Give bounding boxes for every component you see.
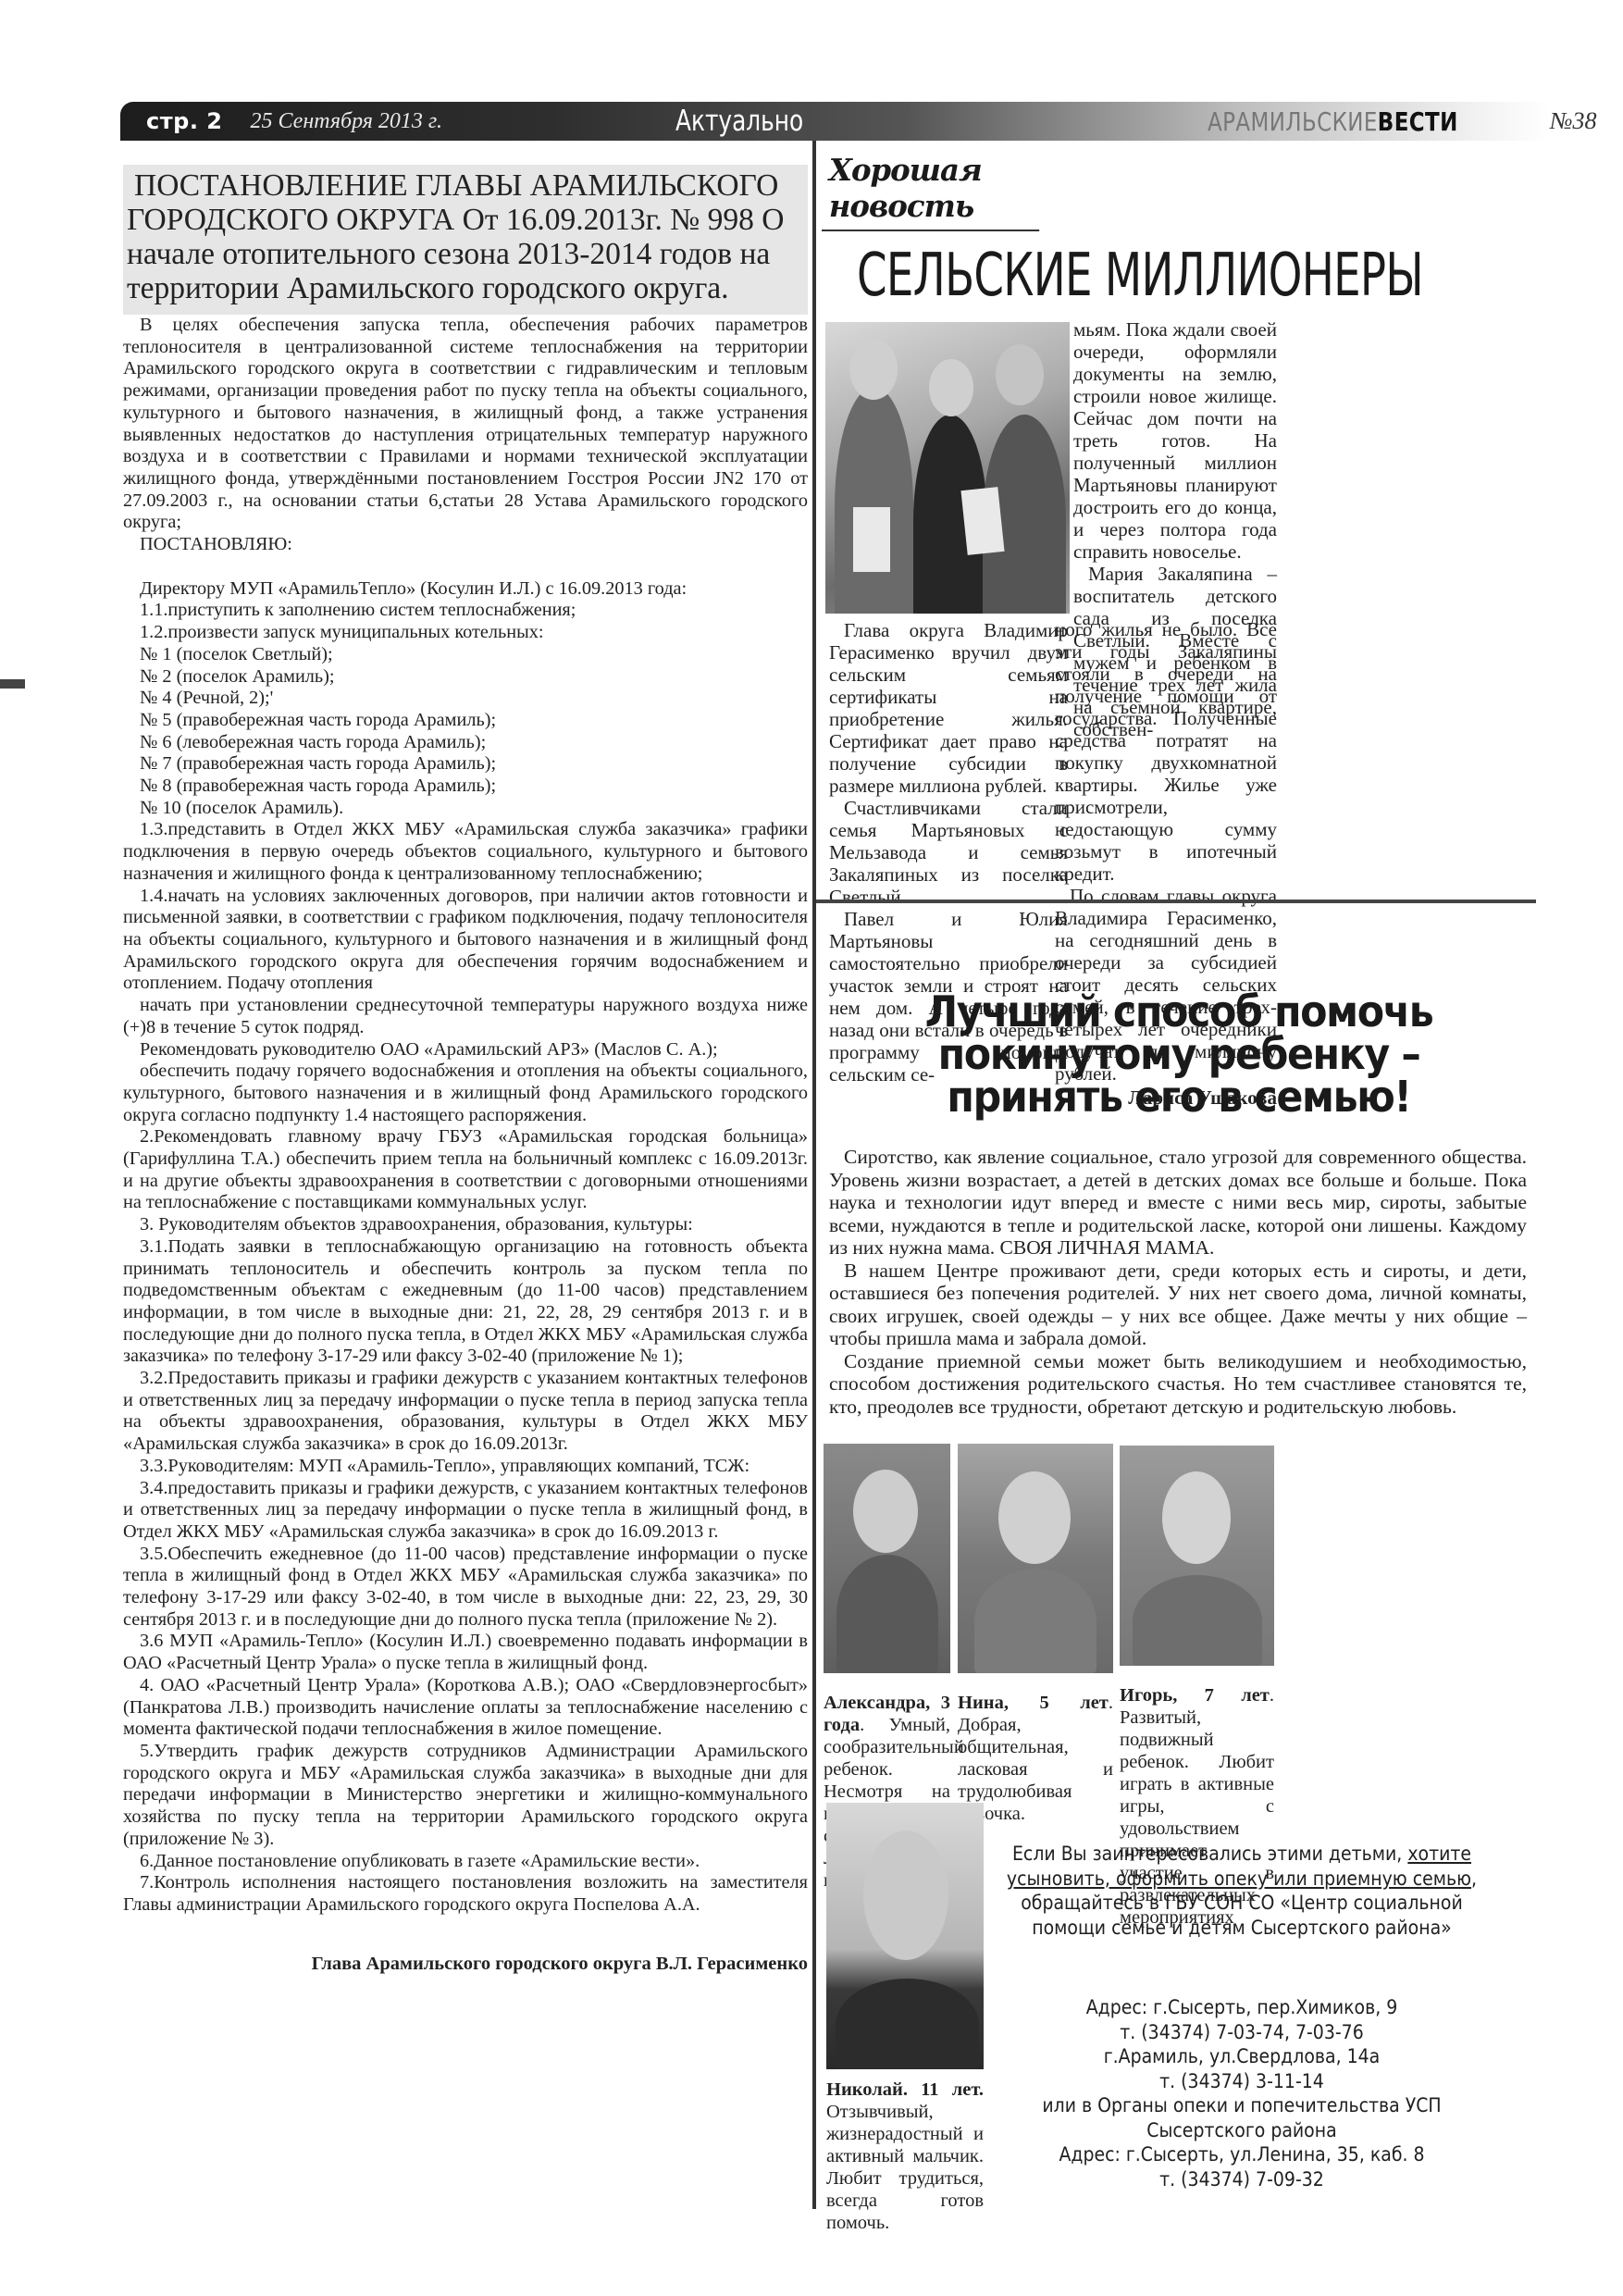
decree-paragraph: 1.1.приступить к заполнению систем тепло… — [123, 600, 808, 622]
column-divider — [812, 141, 816, 2209]
award-photo — [825, 322, 1070, 614]
child-face — [1162, 1471, 1231, 1564]
certificate — [853, 507, 890, 572]
person-face — [996, 344, 1044, 405]
decree-paragraph: № 5 (правобережная часть города Арамиль)… — [123, 710, 808, 732]
child-text: Отзывчивый, жизнерадостный и активный ма… — [826, 2102, 984, 2233]
section-title: Актуально — [675, 105, 803, 138]
decree-paragraph: № 2 (поселок Арамиль); — [123, 666, 808, 689]
person-figure — [835, 387, 913, 614]
decree-paragraph: 3. Руководителям объектов здравоохранени… — [123, 1214, 808, 1236]
millionaires-article: Глава округа Владимир Герасименко вручил… — [822, 316, 1536, 937]
decree-paragraph: 1.4.начать на условиях заключенных догов… — [123, 886, 808, 996]
child-photo — [1120, 1446, 1274, 1666]
issue-number: №38 — [1550, 107, 1597, 135]
child-card: Николай. 11 лет. Отзывчивый, жизнерадост… — [826, 1803, 984, 2234]
decree-paragraph: 3.4.предоставить приказы и графики дежур… — [123, 1478, 808, 1544]
contact-info: Если Вы заинтересовались этими детьми, х… — [992, 1842, 1492, 2191]
article-paragraph: ного жилья не было. Все эти годы Закаляп… — [1055, 618, 1277, 885]
article-paragraph: Счастливчиками стали семья Мартьяновых с… — [829, 797, 1068, 908]
decree-paragraph: 3.2.Предоставить приказы и графики дежур… — [123, 1368, 808, 1456]
child-name: Игорь, 7 лет — [1120, 1685, 1270, 1706]
adoption-article: Сиротство, как явление социальное, стало… — [822, 1146, 1536, 1418]
certificate — [960, 487, 1004, 555]
decree-paragraph: 2.Рекомендовать главному врачу ГБУЗ «Ара… — [123, 1126, 808, 1214]
child-face — [853, 1470, 918, 1553]
caption-text: Глава округа Владимир Герасименко вручил… — [829, 619, 1068, 797]
decree-paragraph: 3.6 МУП «Арамиль-Тепло» (Косулин И.Л.) с… — [123, 1631, 808, 1674]
child-name: Николай. 11 лет. — [826, 2079, 984, 2100]
decree-paragraph: № 4 (Речной, 2);' — [123, 688, 808, 710]
decree-paragraph: 3.1.Подать заявки в теплоснабжающую орга… — [123, 1236, 808, 1368]
right-column: Хорошая новость СЕЛЬСКИЕ МИЛЛИОНЕРЫ Глав… — [822, 148, 1536, 1851]
section-divider — [816, 900, 1536, 903]
child-name: Нина, 5 лет — [958, 1693, 1109, 1713]
decree-paragraph: 7.Контроль исполнения настоящего постано… — [123, 1872, 808, 1916]
child-description: Николай. 11 лет. Отзывчивый, жизнерадост… — [826, 2079, 984, 2234]
address-line: Адрес: г.Сысерть, пер.Химиков, 9 — [992, 1995, 1492, 2020]
child-photo — [824, 1444, 950, 1673]
decree-body: Директору МУП «АрамильТепло» (Косулин И.… — [123, 578, 808, 1917]
child-face — [863, 1831, 948, 1960]
brand-dark: ВЕСТИ — [1378, 106, 1458, 137]
article-paragraph: Сиротство, как явление социальное, стало… — [829, 1146, 1527, 1260]
person-face — [849, 339, 898, 400]
decree-intro: В целях обеспечения запуска тепла, обесп… — [123, 315, 808, 534]
brand-light: АРАМИЛЬСКИЕ — [1208, 106, 1378, 137]
child-face — [998, 1471, 1071, 1564]
decree-paragraph: обеспечить подачу горячего водоснабжения… — [123, 1061, 808, 1126]
contact-addresses: Адрес: г.Сысерть, пер.Химиков, 9 т. (343… — [992, 1995, 1492, 2191]
decree-paragraph: 6.Данное постановление опубликовать в га… — [123, 1851, 808, 1873]
children-gallery: Александра, 3 года. Умный, сообразительн… — [822, 1444, 1536, 1851]
decree-paragraph: Директору МУП «АрамильТепло» (Косулин И.… — [123, 578, 808, 601]
decree-paragraph: начать при установлении среднесуточной т… — [123, 995, 808, 1038]
phone-line: т. (34374) 7-09-32 — [992, 2167, 1492, 2192]
decree-paragraph: № 8 (правобережная часть города Арамиль)… — [123, 776, 808, 798]
rubric-text: Хорошая новость — [829, 152, 1039, 224]
adoption-headline: Лучший способ помочь покинутому ребенку … — [822, 990, 1536, 1118]
child-photo — [958, 1444, 1113, 1673]
article-headline: СЕЛЬСКИЕ МИЛЛИОНЕРЫ — [857, 242, 1353, 309]
decree-paragraph: № 10 (поселок Арамиль). — [123, 798, 808, 820]
article-paragraph: В нашем Центре проживают дети, среди кот… — [829, 1260, 1527, 1350]
address-line: или в Органы опеки и попечительства УСП … — [992, 2093, 1492, 2142]
decree-paragraph: 3.5.Обеспечить ежедневное (до 11-00 часо… — [123, 1544, 808, 1632]
child-body — [1133, 1575, 1262, 1666]
person-face — [929, 359, 973, 416]
page-header: стр. 2 25 Сентября 2013 г. Актуально АРА… — [120, 102, 1550, 141]
headline-line: Лучший способ помочь — [847, 990, 1511, 1033]
phone-line: т. (34374) 7-03-74, 7-03-76 — [992, 2020, 1492, 2045]
article-paragraph: Создание приемной семьи может быть велик… — [829, 1350, 1527, 1419]
child-body — [974, 1569, 1096, 1673]
decree-paragraph: Рекомендовать руководителю ОАО «Арамильс… — [123, 1039, 808, 1061]
decree-paragraph: № 6 (левобережная часть города Арамиль); — [123, 732, 808, 754]
decree-article: ПОСТАНОВЛЕНИЕ ГЛАВЫ АРАМИЛЬСКОГО ГОРОДСК… — [123, 165, 808, 1975]
decree-paragraph: 5.Утвердить график дежурств сотрудников … — [123, 1741, 808, 1851]
page-number: стр. 2 — [146, 108, 223, 134]
child-card: Нина, 5 лет. Добрая, общительная, ласков… — [958, 1444, 1113, 1825]
decree-paragraph: № 7 (правобережная часть города Арамиль)… — [123, 753, 808, 776]
crop-mark — [0, 679, 25, 689]
decree-title-line: начале отопительного сезона 2013-2014 го… — [127, 237, 804, 271]
headline-line: принять его в семью! — [847, 1075, 1511, 1118]
headline-line: покинутому ребенку – — [847, 1033, 1511, 1075]
issue-date: 25 Сентября 2013 г. — [251, 109, 442, 134]
decree-paragraph: 1.2.произвести запуск муниципальных коте… — [123, 622, 808, 644]
rubric-label: Хорошая новость — [822, 148, 1039, 231]
contact-intro-text: Если Вы заинтересовались этими детьми, — [1012, 1843, 1407, 1865]
decree-title-line: ГОРОДСКОГО ОКРУГА От 16.09.2013г. № 998 … — [127, 203, 804, 237]
child-photo — [826, 1803, 984, 2069]
contact-intro: Если Вы заинтересовались этими детьми, х… — [992, 1842, 1492, 1940]
article-paragraph: мьям. Пока ждали своей очереди, оформлял… — [1073, 318, 1277, 563]
decree-paragraph: № 1 (поселок Светлый); — [123, 644, 808, 666]
decree-signature: Глава Арамильского городского округа В.Л… — [123, 1954, 808, 1976]
decree-resolve-label: ПОСТАНОВЛЯЮ: — [123, 534, 808, 556]
address-line: Адрес: г.Сысерть, ул.Ленина, 35, каб. 8 — [992, 2142, 1492, 2167]
newspaper-brand: АРАМИЛЬСКИЕВЕСТИ — [1208, 106, 1458, 137]
child-body — [836, 1979, 979, 2069]
child-body — [836, 1555, 938, 1673]
decree-title-line: ПОСТАНОВЛЕНИЕ ГЛАВЫ АРАМИЛЬСКОГО — [127, 168, 804, 203]
decree-paragraph: 4. ОАО «Расчетный Центр Урала» (Коротков… — [123, 1675, 808, 1741]
decree-title: ПОСТАНОВЛЕНИЕ ГЛАВЫ АРАМИЛЬСКОГО ГОРОДСК… — [123, 165, 808, 315]
phone-line: т. (34374) 3-11-14 — [992, 2069, 1492, 2094]
decree-paragraph: 3.3.Руководителям: МУП «Арамиль-Тепло», … — [123, 1456, 808, 1478]
address-line: г.Арамиль, ул.Свердлова, 14а — [992, 2044, 1492, 2069]
decree-paragraph: 1.3.представить в Отдел ЖКХ МБУ «Арамиль… — [123, 819, 808, 885]
decree-title-line: территории Арамильского городского округ… — [127, 271, 804, 305]
